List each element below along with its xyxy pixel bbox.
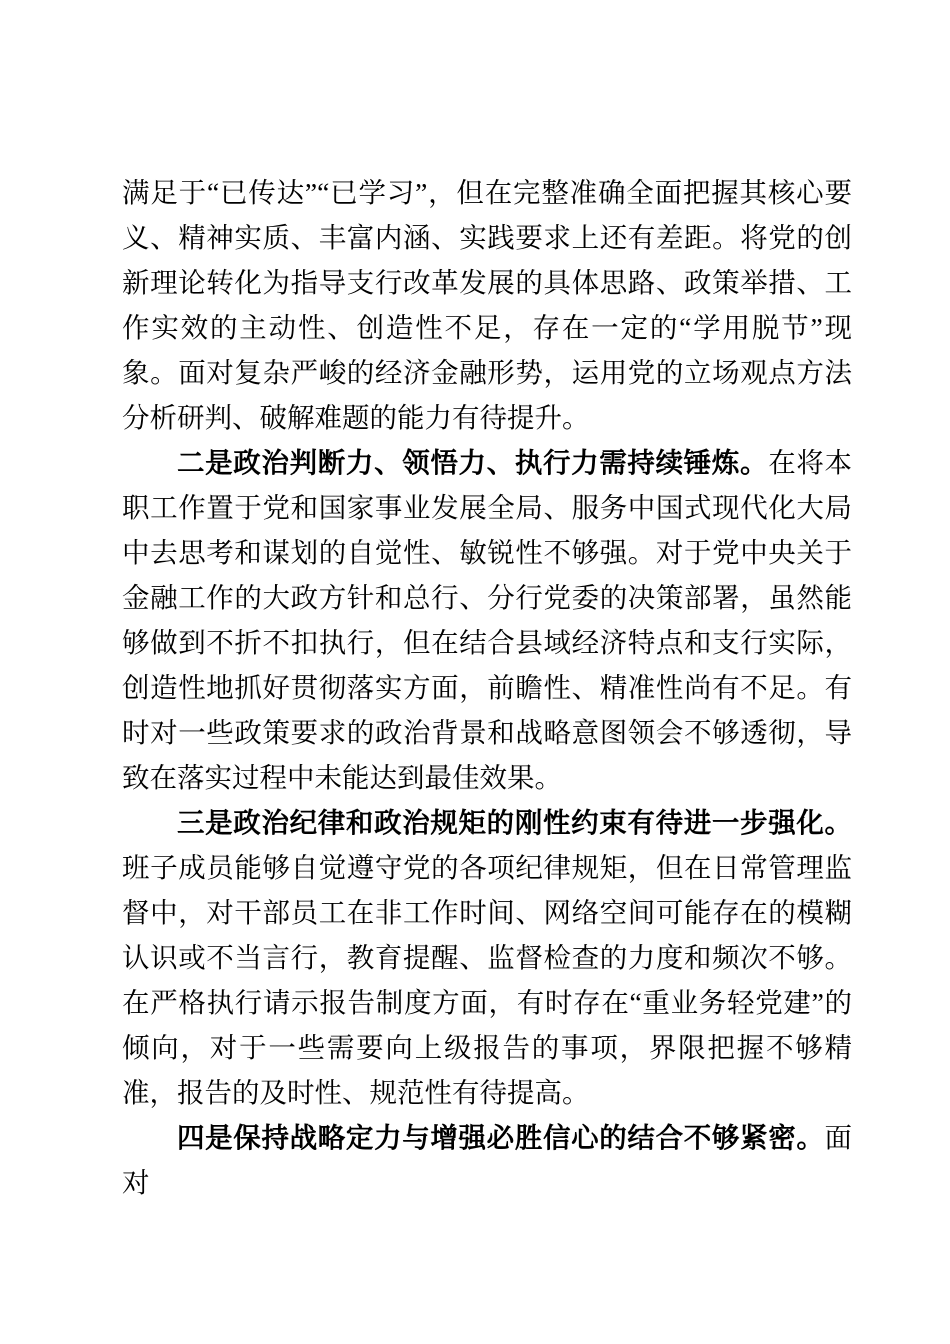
paragraph-lead: 二是政治判断力、领悟力、执行力需持续锤炼。: [177, 447, 768, 478]
paragraph: 四是保持战略定力与增强必胜信心的结合不够紧密。面对: [122, 1115, 852, 1205]
document-page: 满足于“已传达”“已学习”，但在完整准确全面把握其核心要义、精神实质、丰富内涵、…: [0, 0, 950, 1344]
paragraph-text: 班子成员能够自觉遵守党的各项纪律规矩，但在日常管理监督中，对干部员工在非工作时间…: [122, 852, 852, 1108]
paragraph-text: 在将本职工作置于党和国家事业发展全局、服务中国式现代化大局中去思考和谋划的自觉性…: [122, 447, 852, 793]
paragraph-lead: 四是保持战略定力与增强必胜信心的结合不够紧密。: [177, 1122, 825, 1153]
paragraph: 三是政治纪律和政治规矩的刚性约束有待进一步强化。班子成员能够自觉遵守党的各项纪律…: [122, 800, 852, 1115]
document-body: 满足于“已传达”“已学习”，但在完整准确全面把握其核心要义、精神实质、丰富内涵、…: [122, 170, 852, 1205]
paragraph: 二是政治判断力、领悟力、执行力需持续锤炼。在将本职工作置于党和国家事业发展全局、…: [122, 440, 852, 800]
paragraph-text: 满足于“已传达”“已学习”，但在完整准确全面把握其核心要义、精神实质、丰富内涵、…: [122, 177, 852, 433]
paragraph: 满足于“已传达”“已学习”，但在完整准确全面把握其核心要义、精神实质、丰富内涵、…: [122, 170, 852, 440]
paragraph-lead: 三是政治纪律和政治规矩的刚性约束有待进一步强化。: [177, 807, 852, 838]
